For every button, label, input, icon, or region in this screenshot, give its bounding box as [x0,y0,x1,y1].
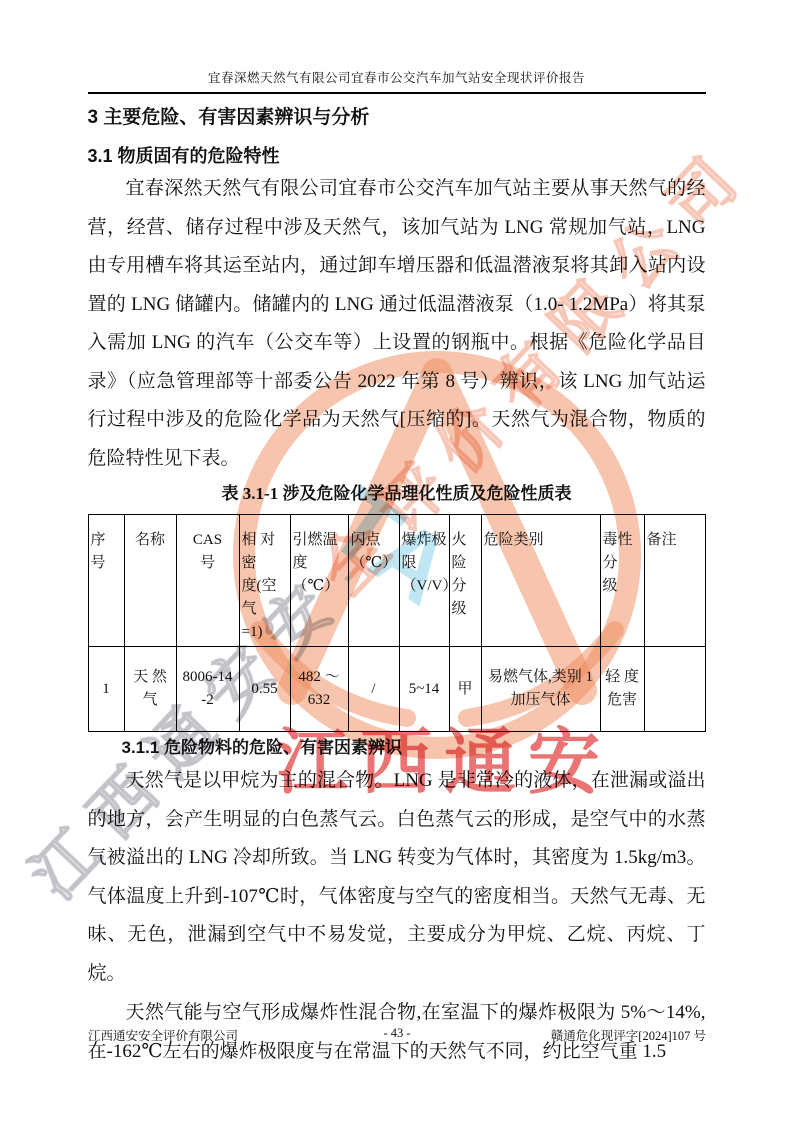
section-heading-3-1-1: 3.1.1 危险物料的危险、有害因素辨识 [88,735,706,761]
header-cell-density: 相 对 密 度(空气 =1) [239,515,290,647]
header-cell-remark: 备注 [644,515,705,647]
document-page: 宜春深燃天然气有限公司宜春市公交汽车加气站安全现状评价报告 3 主要危险、有害因… [88,0,706,1071]
header-cell-flashpoint: 闪点 （℃） [348,515,399,647]
cell-fire-class: 甲 [449,647,481,732]
section-heading-3-1: 3.1 物质固有的危险特性 [88,144,706,169]
header-cell-cas: CAS 号 [176,515,239,647]
section-heading-3: 3 主要危险、有害因素辨识与分析 [88,105,706,131]
table-caption: 表 3.1-1 涉及危险化学品理化性质及危险性质表 [88,481,706,507]
header-cell-seq: 序 号 [88,515,124,647]
header-cell-explosive-limit: 爆炸极 限 （V/V） [399,515,449,647]
page-header-title: 宜春深燃天然气有限公司宜春市公交汽车加气站安全现状评价报告 [88,68,706,94]
header-cell-hazard-class: 危险类别 [481,515,600,647]
paragraph-2: 天然气是以甲烷为主的混合物。LNG 是非常冷的液体，在泄漏或溢出的地方，会产生明… [88,762,706,993]
cell-density: 0.55 [239,647,290,732]
page-footer: 江西通安安全评价有限公司 - 43 - 赣通危化现评字[2024]107 号 [88,1026,706,1044]
cell-remark [644,647,705,732]
table-header-row: 序 号 名称 CAS 号 相 对 密 度(空气 =1) 引燃温度 （℃） 闪点 … [88,515,705,647]
cell-cas: 8006-14 -2 [176,647,239,732]
hazmat-properties-table: 序 号 名称 CAS 号 相 对 密 度(空气 =1) 引燃温度 （℃） 闪点 … [88,514,706,732]
footer-page-number: - 43 - [88,1026,706,1041]
cell-hazard-class: 易燃气体,类别 1 加压气体 [481,647,600,732]
header-cell-ignition: 引燃温度 （℃） [290,515,348,647]
cell-name: 天 然 气 [124,647,176,732]
header-cell-toxicity: 毒性分 级 [600,515,644,647]
table-data-row: 1 天 然 气 8006-14 -2 0.55 482 ～ 632 / 5~14… [88,647,705,732]
cell-toxicity: 轻 度 危害 [600,647,644,732]
header-cell-name: 名称 [124,515,176,647]
cell-flashpoint: / [348,647,399,732]
paragraph-1: 宜春深然天然气有限公司宜春市公交汽车加气站主要从事天然气的经营，经营、储存过程中… [88,170,706,478]
cell-explosive-limit: 5~14 [399,647,449,732]
header-cell-fire-class: 火险 分级 [449,515,481,647]
cell-ignition: 482 ～ 632 [290,647,348,732]
cell-seq: 1 [88,647,124,732]
